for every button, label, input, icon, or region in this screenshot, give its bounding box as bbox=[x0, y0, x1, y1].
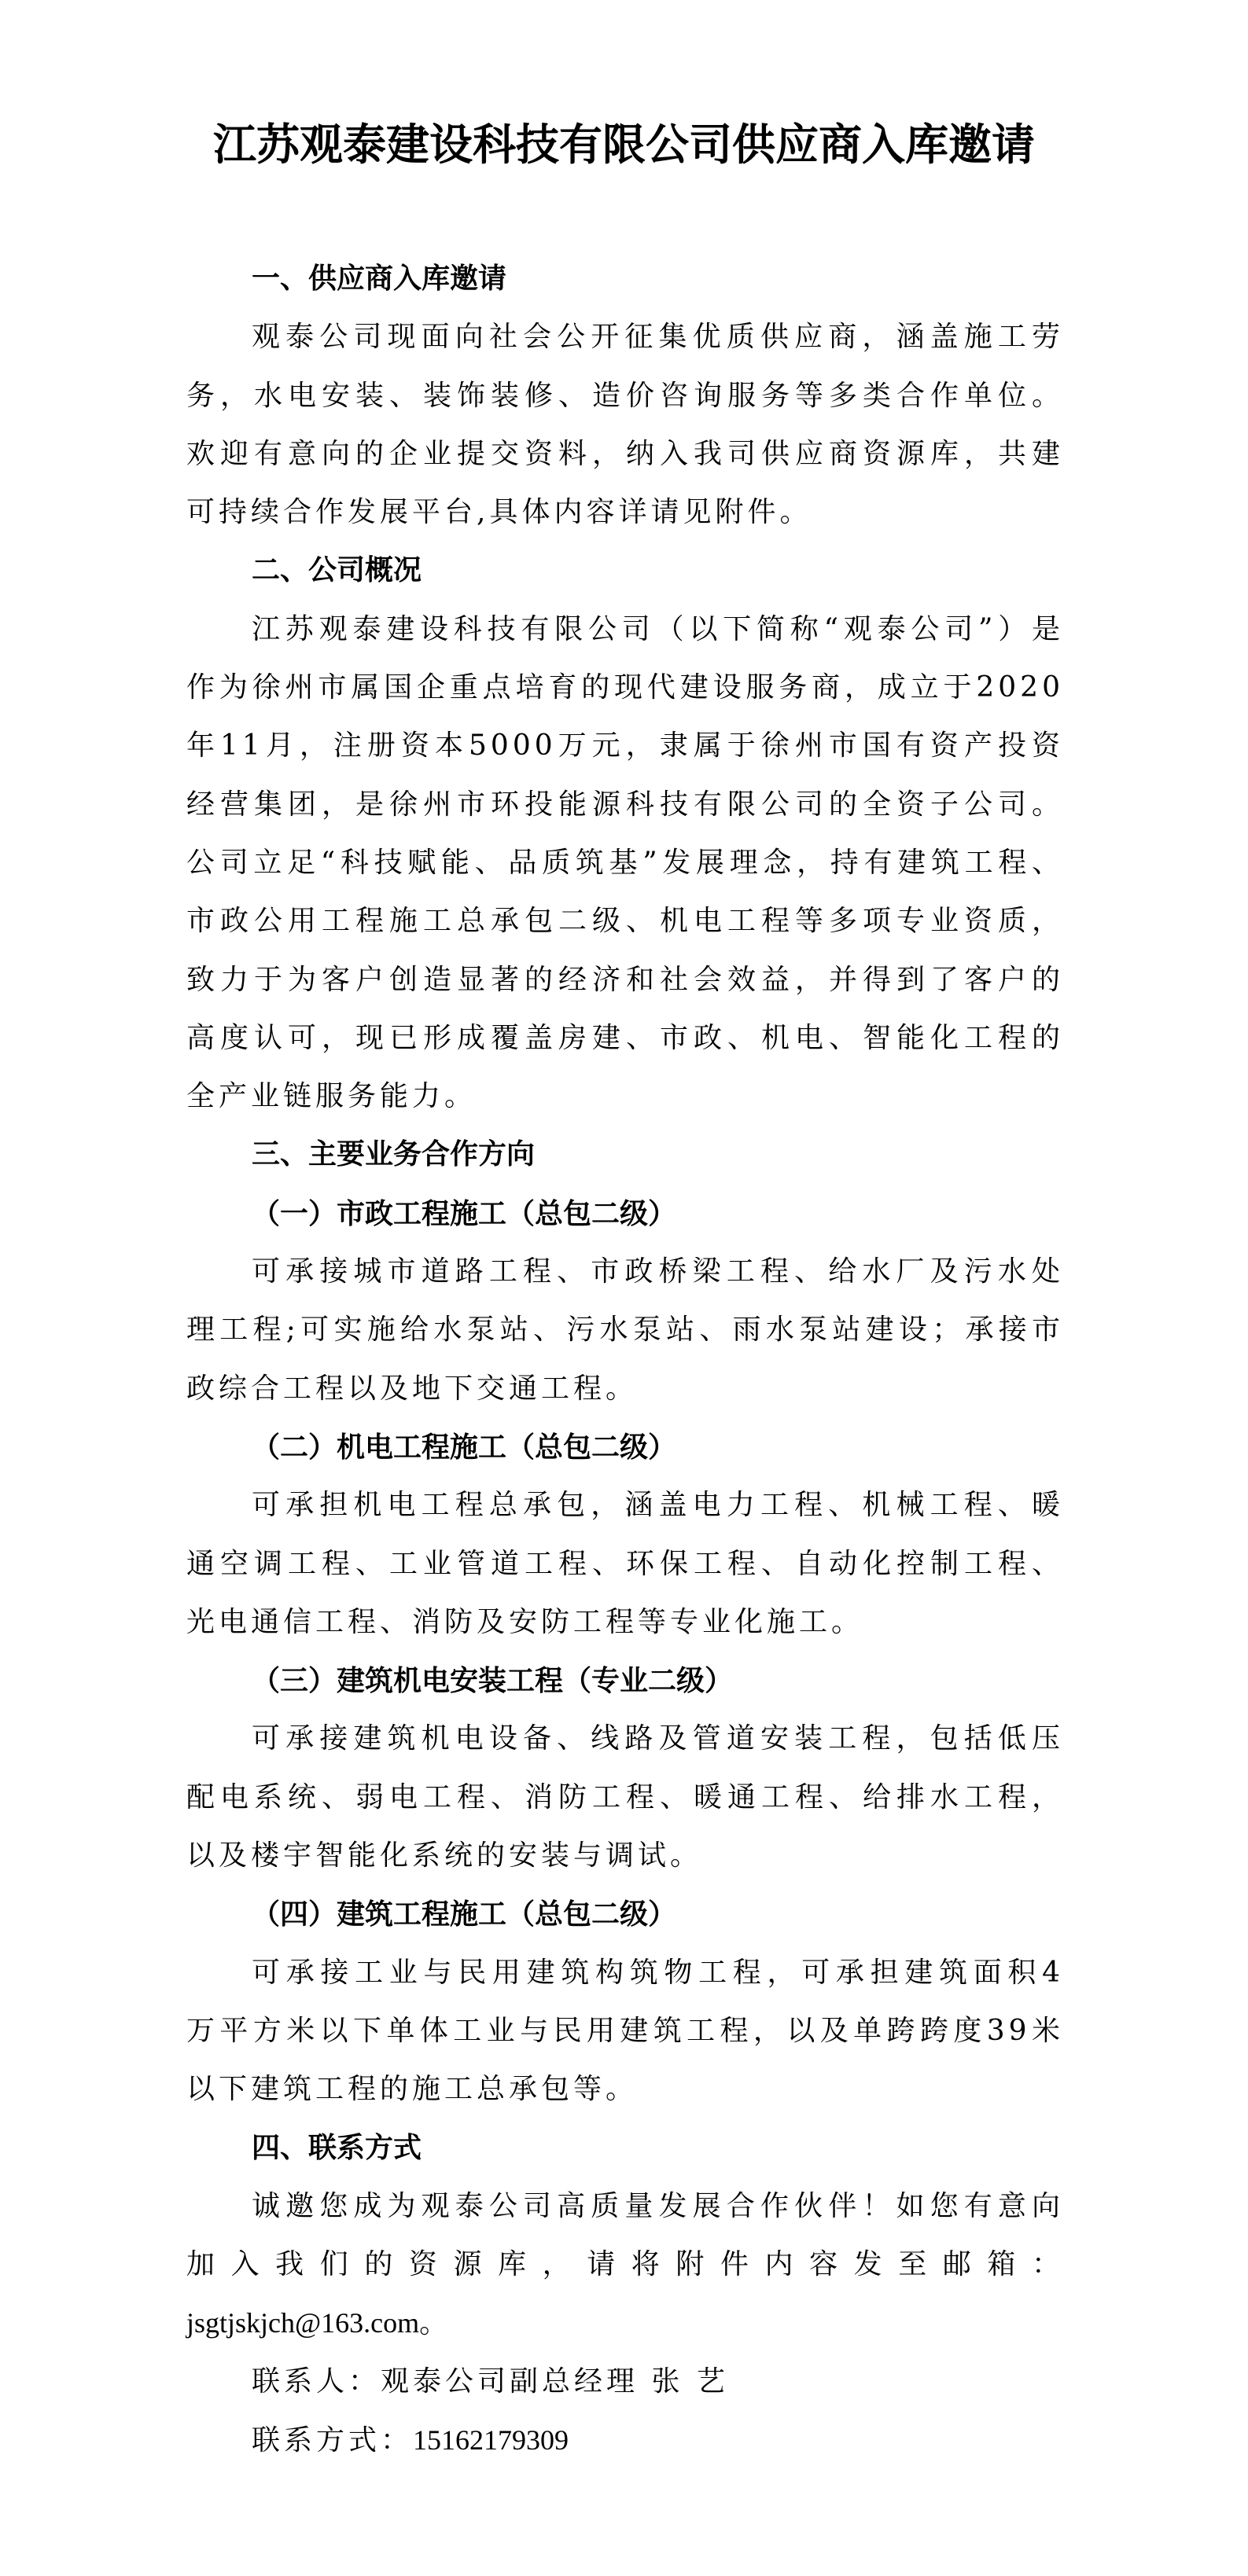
paragraph-line: 政综合工程以及地下交通工程。 bbox=[186, 1360, 1064, 1418]
paragraph-line: 欢迎有意向的企业提交资料，纳入我司供应商资源库，共建 bbox=[186, 425, 1064, 483]
section-heading-1: 一、供应商入库邀请 bbox=[186, 250, 1064, 308]
contact-person-label: 联系人： bbox=[252, 2365, 381, 2398]
paragraph-line: 全产业链服务能力。 bbox=[186, 1068, 1064, 1126]
email-address[interactable]: jsgtjskjch@163.com bbox=[186, 2307, 419, 2339]
section-heading-3: 三、主要业务合作方向 bbox=[186, 1126, 1064, 1184]
paragraph-line: 致力于为客户创造显著的经济和社会效益，并得到了客户的 bbox=[186, 951, 1064, 1009]
contact-person-line: 联系人：观泰公司副总经理 张 艺 bbox=[186, 2353, 1064, 2411]
contact-phone-label: 联系方式： bbox=[252, 2424, 413, 2457]
section-heading-4: 四、联系方式 bbox=[186, 2119, 1064, 2177]
paragraph-line: 公司立足“科技赋能、品质筑基”发展理念，持有建筑工程、 bbox=[186, 834, 1064, 892]
paragraph-line: 江苏观泰建设科技有限公司（以下简称“观泰公司”）是 bbox=[186, 601, 1064, 659]
paragraph-line: 高度认可，现已形成覆盖房建、市政、机电、智能化工程的 bbox=[186, 1009, 1064, 1068]
subsection-heading-3: （三）建筑机电安装工程（专业二级） bbox=[186, 1652, 1064, 1710]
paragraph-line: 年11月，注册资本5000万元，隶属于徐州市国有资产投资 bbox=[186, 717, 1064, 775]
paragraph-line: 以下建筑工程的施工总承包等。 bbox=[186, 2060, 1064, 2118]
paragraph-line: 可持续合作发展平台,具体内容详请见附件。 bbox=[186, 483, 1064, 542]
paragraph-line: 理工程;可实施给水泵站、污水泵站、雨水泵站建设；承接市 bbox=[186, 1301, 1064, 1359]
paragraph-line: 可承接建筑机电设备、线路及管道安装工程，包括低压 bbox=[186, 1710, 1064, 1768]
document-body: 一、供应商入库邀请 观泰公司现面向社会公开征集优质供应商，涵盖施工劳 务，水电安… bbox=[186, 250, 1064, 2469]
contact-phone-value: 15162179309 bbox=[413, 2424, 569, 2456]
paragraph-line: 诚邀您成为观泰公司高质量发展合作伙伴！如您有意向 bbox=[186, 2177, 1064, 2236]
email-line: jsgtjskjch@163.com。 bbox=[186, 2294, 1064, 2352]
paragraph-line: 市政公用工程施工总承包二级、机电工程等多项专业资质， bbox=[186, 892, 1064, 950]
paragraph-line: 作为徐州市属国企重点培育的现代建设服务商，成立于2020 bbox=[186, 659, 1064, 717]
paragraph-line: 务，水电安装、装饰装修、造价咨询服务等多类合作单位。 bbox=[186, 367, 1064, 425]
contact-person-value: 观泰公司副总经理 张 艺 bbox=[381, 2365, 729, 2398]
paragraph-line: 可承接工业与民用建筑构筑物工程，可承担建筑面积4 bbox=[186, 1944, 1064, 2002]
paragraph-line: 经营集团，是徐州市环投能源科技有限公司的全资子公司。 bbox=[186, 776, 1064, 834]
paragraph-line: 光电通信工程、消防及安防工程等专业化施工。 bbox=[186, 1593, 1064, 1652]
contact-phone-line: 联系方式：15162179309 bbox=[186, 2411, 1064, 2469]
paragraph-line: 通空调工程、工业管道工程、环保工程、自动化控制工程、 bbox=[186, 1535, 1064, 1593]
paragraph-line: 可承担机电工程总承包，涵盖电力工程、机械工程、暖 bbox=[186, 1476, 1064, 1534]
section-heading-2: 二、公司概况 bbox=[186, 542, 1064, 600]
email-suffix: 。 bbox=[419, 2307, 451, 2339]
paragraph-line: 配电系统、弱电工程、消防工程、暖通工程、给排水工程， bbox=[186, 1769, 1064, 1827]
document-page: 江苏观泰建设科技有限公司供应商入库邀请 一、供应商入库邀请 观泰公司现面向社会公… bbox=[0, 0, 1248, 2576]
subsection-heading-1: （一）市政工程施工（总包二级） bbox=[186, 1185, 1064, 1243]
paragraph-line: 可承接城市道路工程、市政桥梁工程、给水厂及污水处 bbox=[186, 1243, 1064, 1301]
subsection-heading-2: （二）机电工程施工（总包二级） bbox=[186, 1418, 1064, 1476]
subsection-heading-4: （四）建筑工程施工（总包二级） bbox=[186, 1885, 1064, 1943]
paragraph-line: 以及楼宇智能化系统的安装与调试。 bbox=[186, 1827, 1064, 1885]
document-title: 江苏观泰建设科技有限公司供应商入库邀请 bbox=[0, 116, 1248, 173]
paragraph-line: 加入我们的资源库，请将附件内容发至邮箱： bbox=[186, 2236, 1064, 2294]
paragraph-line: 万平方米以下单体工业与民用建筑工程，以及单跨跨度39米 bbox=[186, 2002, 1064, 2060]
paragraph-line: 观泰公司现面向社会公开征集优质供应商，涵盖施工劳 bbox=[186, 308, 1064, 366]
